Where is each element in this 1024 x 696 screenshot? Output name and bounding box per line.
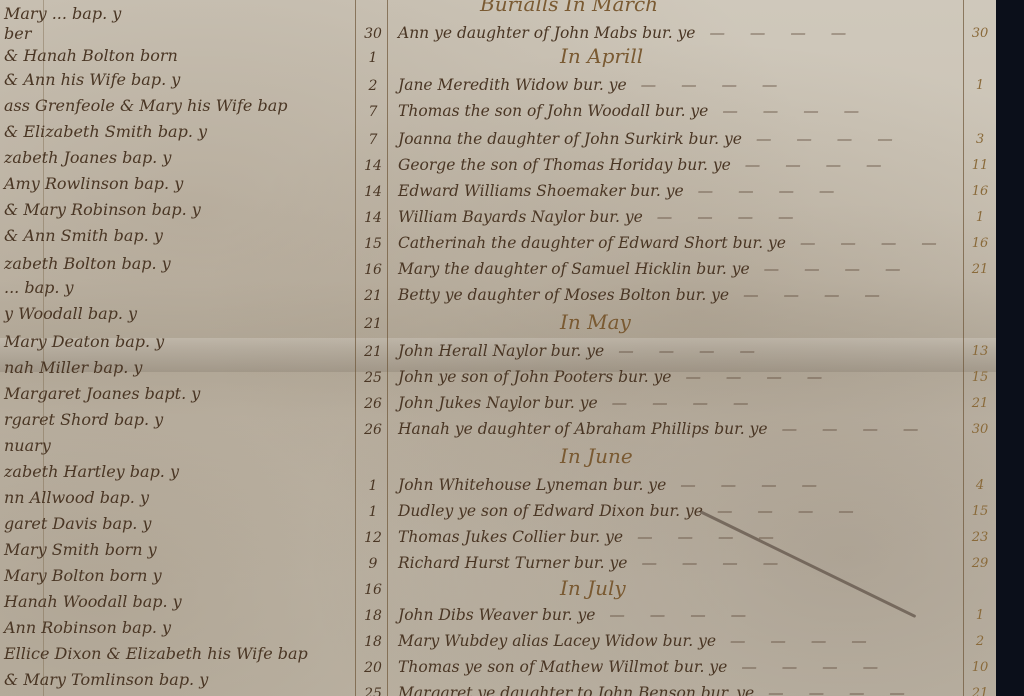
filler-dashes: — — — — [800,234,947,252]
filler-dashes: — — — — [618,342,765,360]
right-margin-number: 15 [966,370,994,385]
right-margin-number: 11 [966,158,994,173]
baptism-entry: Mary Smith born y [4,538,157,562]
right-margin-number: 21 [966,396,994,411]
burial-entry: Catherinah the daughter of Edward Short … [398,234,947,252]
burial-entry: John ye son of John Pooters bur. ye— — —… [398,368,832,386]
burial-date: 21 [360,344,386,360]
burial-date: 21 [360,316,386,332]
dark-background-edge [996,0,1024,696]
filler-dashes: — — — — [741,658,888,676]
burial-entry: John Jukes Naylor bur. ye— — — — [398,394,758,412]
burial-date: 1 [360,504,386,520]
baptism-entry: rgaret Shord bap. y [4,408,163,432]
burial-date: 7 [360,104,386,120]
baptism-entry: & Elizabeth Smith bap. y [4,120,207,144]
burials-heading: Burialls In March [480,0,658,16]
filler-dashes: — — — — [612,394,759,412]
burial-date: 16 [360,582,386,598]
baptism-entry: Hanah Woodall bap. y [4,590,182,614]
right-margin-number: 2 [966,634,994,649]
burial-date: 1 [360,50,386,66]
burial-date: 26 [360,422,386,438]
burial-entry: John Dibs Weaver bur. ye— — — — [398,606,756,624]
filler-dashes: — — — — [730,632,877,650]
burial-entry: William Bayards Naylor bur. ye— — — — [398,208,804,226]
baptism-entry: zabeth Joanes bap. y [4,146,171,170]
burial-entry: Mary the daughter of Samuel Hicklin bur.… [398,260,910,278]
right-margin-number: 30 [966,26,994,41]
baptism-entry: ber [4,22,31,46]
baptism-entry: zabeth Bolton bap. y [4,252,171,276]
burial-entry: John Whitehouse Lyneman bur. ye— — — — [398,476,827,494]
right-margin-number: 3 [966,132,994,147]
baptism-entry: y Woodall bap. y [4,302,137,326]
right-margin-number: 30 [966,422,994,437]
baptism-entry: Ann Robinson bap. y [4,616,171,640]
right-margin-number: 1 [966,78,994,93]
burial-date: 14 [360,210,386,226]
burial-entry: Mary Wubdey alias Lacey Widow bur. ye— —… [398,632,877,650]
right-margin-number: 4 [966,478,994,493]
right-margin-number: 1 [966,210,994,225]
month-heading: In May [560,310,631,334]
right-margin-number: 13 [966,344,994,359]
filler-dashes: — — — — [641,76,788,94]
burial-entry: Thomas Jukes Collier bur. ye— — — — [398,528,784,546]
burial-date: 21 [360,288,386,304]
burial-date: 15 [360,236,386,252]
burial-entry: Betty ye daughter of Moses Bolton bur. y… [398,286,890,304]
burial-date: 14 [360,158,386,174]
baptism-entry: Amy Rowlinson bap. y [4,172,183,196]
baptism-entry: & Hanah Bolton born [4,44,178,68]
burial-date: 20 [360,660,386,676]
burial-entry: Dudley ye son of Edward Dixon bur. ye— —… [398,502,864,520]
filler-dashes: — — — — [743,286,890,304]
filler-dashes: — — — — [764,260,911,278]
baptism-entry: ass Grenfeole & Mary his Wife bap [4,94,287,118]
right-margin-number: 23 [966,530,994,545]
right-margin-number: 15 [966,504,994,519]
burial-date: 16 [360,262,386,278]
baptism-entry: nah Miller bap. y [4,356,142,380]
baptism-entry: Margaret Joanes bapt. y [4,382,200,406]
burial-date: 2 [360,78,386,94]
burial-date: 25 [360,370,386,386]
filler-dashes: — — — — [637,528,784,546]
filler-dashes: — — — — [685,368,832,386]
filler-dashes: — — — — [709,24,856,42]
burial-entry: John Herall Naylor bur. ye— — — — [398,342,765,360]
burial-entry: Joanna the daughter of John Surkirk bur.… [398,130,903,148]
filler-dashes: — — — — [756,130,903,148]
baptism-entry: Mary Deaton bap. y [4,330,164,354]
filler-dashes: — — — — [657,208,804,226]
right-margin-number: 16 [966,184,994,199]
right-margin-number: 10 [966,660,994,675]
month-heading: In Aprill [560,44,643,68]
baptism-entry: Ellice Dixon & Elizabeth his Wife bap [4,642,308,666]
right-margin-number: 16 [966,236,994,251]
baptism-entry: & Mary Robinson bap. y [4,198,201,222]
filler-dashes: — — — — [745,156,892,174]
burial-date: 18 [360,608,386,624]
baptism-entry: & Ann Smith bap. y [4,224,163,248]
burial-entry: Hanah ye daughter of Abraham Phillips bu… [398,420,928,438]
month-heading: In June [560,444,633,468]
right-margin-number: 21 [966,686,994,696]
burial-date: 30 [360,26,386,42]
baptism-entry: Mary Bolton born y [4,564,162,588]
burial-entry: Thomas ye son of Mathew Willmot bur. ye—… [398,658,888,676]
burial-entry: Ann ye daughter of John Mabs bur. ye— — … [398,24,856,42]
baptism-entry: nn Allwood bap. y [4,486,149,510]
burial-date: 1 [360,478,386,494]
filler-dashes: — — — — [768,684,915,696]
right-number-column-rule [963,0,964,696]
burial-entry: George the son of Thomas Horiday bur. ye… [398,156,892,174]
baptism-entry: nuary [4,434,51,458]
burial-entry: Jane Meredith Widow bur. ye— — — — [398,76,787,94]
burial-date: 18 [360,634,386,650]
baptism-entry: zabeth Hartley bap. y [4,460,179,484]
burial-entry: Margaret ye daughter to John Benson bur.… [398,684,915,696]
right-margin-number: 21 [966,262,994,277]
burial-date: 9 [360,556,386,572]
baptism-entry: & Ann his Wife bap. y [4,68,180,92]
baptism-entry: ... bap. y [4,276,74,300]
date-column-rule-left [355,0,356,696]
burial-date: 7 [360,132,386,148]
burial-entry: Richard Hurst Turner bur. ye— — — — [398,554,788,572]
filler-dashes: — — — — [782,420,929,438]
month-heading: In July [560,576,626,600]
burial-date: 25 [360,686,386,696]
burial-date: 12 [360,530,386,546]
filler-dashes: — — — — [680,476,827,494]
date-column-rule-right [387,0,388,696]
burial-date: 14 [360,184,386,200]
right-margin-number: 29 [966,556,994,571]
burial-entry: Edward Williams Shoemaker bur. ye— — — — [398,182,844,200]
filler-dashes: — — — — [698,182,845,200]
filler-dashes: — — — — [717,502,864,520]
right-margin-number: 1 [966,608,994,623]
burial-entry: Thomas the son of John Woodall bur. ye— … [398,102,869,120]
baptism-entry: garet Davis bap. y [4,512,151,536]
baptism-entry: & Mary Tomlinson bap. y [4,668,208,692]
filler-dashes: — — — — [722,102,869,120]
burial-date: 26 [360,396,386,412]
filler-dashes: — — — — [641,554,788,572]
filler-dashes: — — — — [609,606,756,624]
